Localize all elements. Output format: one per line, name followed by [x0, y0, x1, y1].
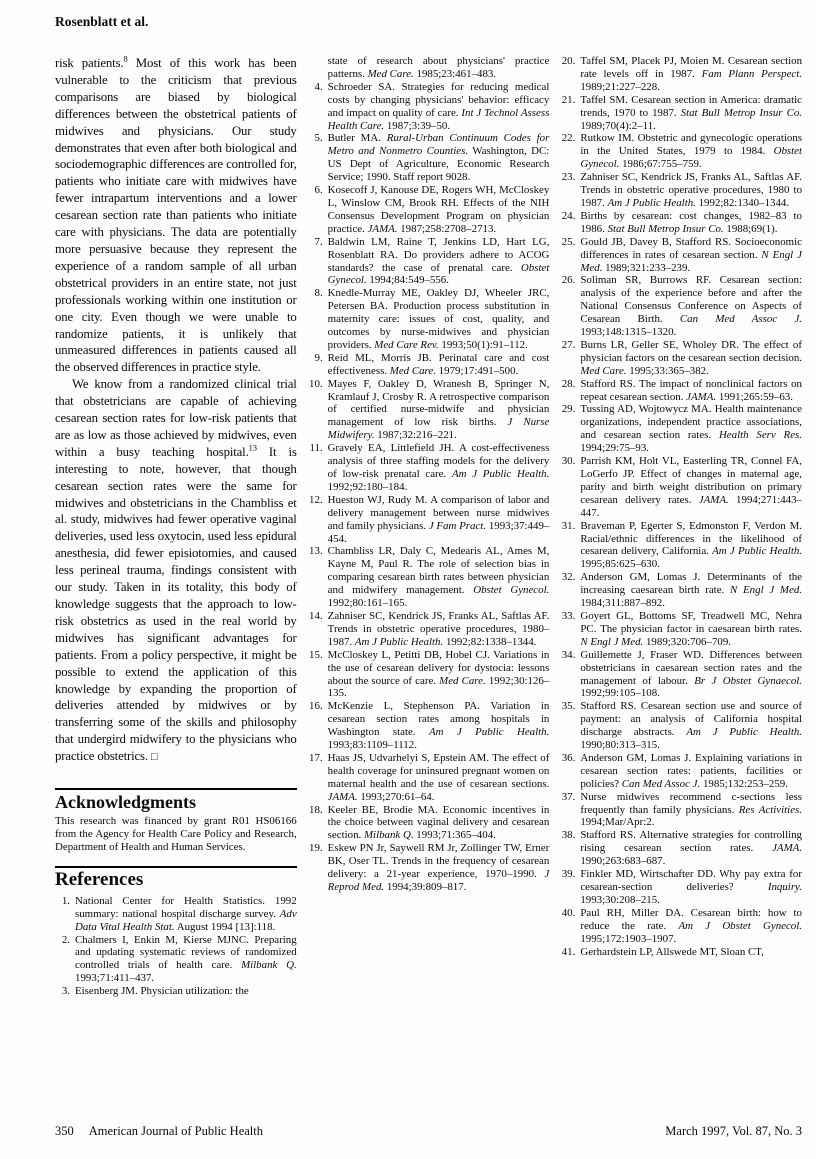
reference-item: 31.Braveman P, Egerter S, Edmonston F, V… — [560, 520, 802, 572]
reference-item: 12.Hueston WJ, Rudy M. A comparison of l… — [308, 494, 550, 546]
reference-number: 13. — [308, 545, 323, 558]
reference-text: Tussing AD, Wojtowycz MA. Health mainten… — [580, 403, 802, 454]
reference-number: 33. — [560, 610, 575, 623]
reference-item: 8.Knedle-Murray ME, Oakley DJ, Wheeler J… — [308, 287, 550, 352]
reference-number: 10. — [308, 378, 323, 391]
reference-item: 25.Gould JB, Davey B, Stafford RS. Socio… — [560, 236, 802, 275]
reference-number: 19. — [308, 842, 323, 855]
reference-item: 38.Stafford RS. Alternative strategies f… — [560, 829, 802, 868]
reference-text: Gould JB, Davey B, Stafford RS. Socioeco… — [580, 236, 802, 274]
page-number: 350 — [55, 1124, 74, 1138]
reference-number: 18. — [308, 804, 323, 817]
reference-item: 4.Schroeder SA. Strategies for reducing … — [308, 81, 550, 133]
reference-number: 37. — [560, 791, 575, 804]
reference-item: 17.Haas JS, Udvarhelyi S, Epstein AM. Th… — [308, 752, 550, 804]
reference-text: Kosecoff J, Kanouse DE, Rogers WH, McClo… — [328, 184, 550, 235]
reference-number: 27. — [560, 339, 575, 352]
reference-number: 9. — [308, 352, 323, 365]
reference-number: 32. — [560, 571, 575, 584]
reference-item: 14.Zahniser SC, Kendrick JS, Franks AL, … — [308, 610, 550, 649]
reference-text: Hueston WJ, Rudy M. A comparison of labo… — [328, 494, 550, 545]
reference-item: 11.Gravely EA, Littlefield JH. A cost-ef… — [308, 442, 550, 494]
reference-number: 38. — [560, 829, 575, 842]
reference-number: 6. — [308, 184, 323, 197]
issue-info: March 1997, Vol. 87, No. 3 — [665, 1124, 802, 1139]
reference-item: 13.Chambliss LR, Daly C, Medearis AL, Am… — [308, 545, 550, 610]
reference-item: 10.Mayes F, Oakley D, Wranesh B, Springe… — [308, 378, 550, 443]
journal-name: American Journal of Public Health — [89, 1124, 263, 1138]
reference-item: 15.McCloskey L, Petitti DB, Hobel CJ. Va… — [308, 649, 550, 701]
reference-number: 11. — [308, 442, 323, 455]
reference-list-column-1: 1.National Center for Health Statistics.… — [55, 895, 297, 998]
reference-number: 12. — [308, 494, 323, 507]
article-paragraph: risk patients.8 Most of this work has be… — [55, 55, 297, 376]
reference-number: 7. — [308, 236, 323, 249]
reference-item: 22.Rutkow IM. Obstetric and gynecologic … — [560, 132, 802, 171]
reference-item: 6.Kosecoff J, Kanouse DE, Rogers WH, McC… — [308, 184, 550, 236]
reference-text: Goyert GL, Bottoms SF, Treadwell MC, Neh… — [580, 610, 802, 648]
reference-number: 21. — [560, 94, 575, 107]
reference-text: Anderson GM, Lomas J. Determinants of th… — [580, 571, 802, 609]
reference-item: 18.Keeler BE, Brodie MA. Economic incent… — [308, 804, 550, 843]
reference-number: 35. — [560, 700, 575, 713]
reference-text: Butler MA. Rural-Urban Continuum Codes f… — [328, 132, 550, 183]
reference-text: Guillemette J, Fraser WD. Differences be… — [580, 649, 802, 700]
reference-text: Haas JS, Udvarhelyi S, Epstein AM. The e… — [328, 752, 550, 803]
reference-item: 23.Zahniser SC, Kendrick JS, Franks AL, … — [560, 171, 802, 210]
reference-number: 23. — [560, 171, 575, 184]
reference-item: 1.National Center for Health Statistics.… — [55, 895, 297, 934]
footer-left: 350American Journal of Public Health — [55, 1124, 263, 1139]
reference-text: Gerhardstein LP, Allswede MT, Sloan CT, — [580, 946, 764, 958]
reference-number: 25. — [560, 236, 575, 249]
reference-item: 7.Baldwin LM, Raine T, Jenkins LD, Hart … — [308, 236, 550, 288]
reference-text: Soliman SR, Burrows RF. Cesarean section… — [580, 274, 802, 338]
reference-text: Mayes F, Oakley D, Wranesh B, Springer N… — [328, 378, 550, 442]
column-1: risk patients.8 Most of this work has be… — [55, 55, 297, 1117]
reference-number: 20. — [560, 55, 575, 68]
reference-text: Gravely EA, Littlefield JH. A cost-effec… — [328, 442, 550, 493]
reference-text: Braveman P, Egerter S, Edmonston F, Verd… — [580, 520, 802, 571]
reference-text: Reid ML, Morris JB. Perinatal care and c… — [328, 352, 550, 377]
reference-item: 20.Taffel SM, Placek PJ, Moien M. Cesare… — [560, 55, 802, 94]
reference-item: 2.Chalmers I, Enkin M, Kierse MJNC. Prep… — [55, 934, 297, 986]
reference-list-column-3: 20.Taffel SM, Placek PJ, Moien M. Cesare… — [560, 55, 802, 958]
section-divider — [55, 866, 297, 868]
reference-item: 19.Eskew PN Jr, Saywell RM Jr, Zollinger… — [308, 842, 550, 894]
reference-item: 40.Paul RH, Miller DA. Cesarean birth: h… — [560, 907, 802, 946]
reference-number: 28. — [560, 378, 575, 391]
journal-page: Rosenblatt et al. risk patients.8 Most o… — [0, 0, 816, 1159]
reference-text: Zahniser SC, Kendrick JS, Franks AL, Saf… — [328, 610, 550, 648]
reference-text: Parrish KM, Holt VL, Easterling TR, Conn… — [580, 455, 802, 519]
reference-number: 2. — [55, 934, 70, 947]
reference-number: 30. — [560, 455, 575, 468]
reference-text: Zahniser SC, Kendrick JS, Franks AL, Saf… — [580, 171, 802, 209]
reference-text: McCloskey L, Petitti DB, Hobel CJ. Varia… — [328, 649, 550, 700]
reference-text: Burns LR, Geller SE, Wholey DR. The effe… — [580, 339, 802, 377]
reference-text: Nurse midwives recommend c-sections less… — [580, 791, 802, 829]
column-3: 20.Taffel SM, Placek PJ, Moien M. Cesare… — [560, 55, 802, 1117]
reference-text: Chambliss LR, Daly C, Medearis AL, Ames … — [328, 545, 550, 609]
reference-text: Chalmers I, Enkin M, Kierse MJNC. Prepar… — [75, 934, 297, 985]
reference-number: 36. — [560, 752, 575, 765]
article-paragraph: We know from a randomized clinical trial… — [55, 376, 297, 766]
reference-text: Taffel SM, Placek PJ, Moien M. Cesarean … — [580, 55, 802, 93]
reference-item: 5.Butler MA. Rural-Urban Continuum Codes… — [308, 132, 550, 184]
reference-number: 15. — [308, 649, 323, 662]
reference-item: 34.Guillemette J, Fraser WD. Differences… — [560, 649, 802, 701]
reference-item: 41.Gerhardstein LP, Allswede MT, Sloan C… — [560, 946, 802, 959]
reference-text: McKenzie L, Stephenson PA. Variation in … — [328, 700, 550, 751]
reference-item: 35.Stafford RS. Cesarean section use and… — [560, 700, 802, 752]
reference-text: National Center for Health Statistics. 1… — [75, 895, 297, 933]
reference-text: Stafford RS. Cesarean section use and so… — [580, 700, 802, 751]
page-footer: 350American Journal of Public Health Mar… — [55, 1124, 802, 1139]
reference-continuation: state of research about physicians' prac… — [308, 55, 550, 81]
reference-number: 16. — [308, 700, 323, 713]
reference-item: 28.Stafford RS. The impact of nonclinica… — [560, 378, 802, 404]
reference-text: Births by cesarean: cost changes, 1982–8… — [580, 210, 802, 235]
references-heading: References — [55, 869, 297, 891]
acknowledgments-text: This research was financed by grant R01 … — [55, 815, 297, 854]
reference-number: 3. — [55, 985, 70, 998]
reference-item: 30.Parrish KM, Holt VL, Easterling TR, C… — [560, 455, 802, 520]
reference-number: 5. — [308, 132, 323, 145]
reference-text: Taffel SM. Cesarean section in America: … — [580, 94, 802, 132]
reference-item: 16.McKenzie L, Stephenson PA. Variation … — [308, 700, 550, 752]
reference-number: 1. — [55, 895, 70, 908]
reference-text: Stafford RS. The impact of nonclinical f… — [580, 378, 802, 403]
reference-number: 24. — [560, 210, 575, 223]
reference-item: 33.Goyert GL, Bottoms SF, Treadwell MC, … — [560, 610, 802, 649]
reference-text: Baldwin LM, Raine T, Jenkins LD, Hart LG… — [328, 236, 550, 287]
reference-text: Knedle-Murray ME, Oakley DJ, Wheeler JRC… — [328, 287, 550, 351]
reference-item: 21.Taffel SM. Cesarean section in Americ… — [560, 94, 802, 133]
reference-text: Paul RH, Miller DA. Cesarean birth: how … — [580, 907, 802, 945]
section-divider — [55, 788, 297, 790]
reference-item: 39.Finkler MD, Wirtschafter DD. Why pay … — [560, 868, 802, 907]
reference-item: 27.Burns LR, Geller SE, Wholey DR. The e… — [560, 339, 802, 378]
reference-item: 3.Eisenberg JM. Physician utilization: t… — [55, 985, 297, 998]
reference-text: Eskew PN Jr, Saywell RM Jr, Zollinger TW… — [328, 842, 550, 893]
reference-item: 32.Anderson GM, Lomas J. Determinants of… — [560, 571, 802, 610]
reference-number: 34. — [560, 649, 575, 662]
reference-number: 14. — [308, 610, 323, 623]
reference-number: 31. — [560, 520, 575, 533]
reference-item: 26.Soliman SR, Burrows RF. Cesarean sect… — [560, 274, 802, 339]
citation-superscript: 13 — [249, 443, 257, 453]
reference-text: Anderson GM, Lomas J. Explaining variati… — [580, 752, 802, 790]
reference-number: 39. — [560, 868, 575, 881]
reference-text: Rutkow IM. Obstetric and gynecologic ope… — [580, 132, 802, 170]
reference-item: 29.Tussing AD, Wojtowycz MA. Health main… — [560, 403, 802, 455]
reference-number: 8. — [308, 287, 323, 300]
reference-number: 22. — [560, 132, 575, 145]
reference-text: Keeler BE, Brodie MA. Economic incentive… — [328, 804, 550, 842]
reference-item: 9.Reid ML, Morris JB. Perinatal care and… — [308, 352, 550, 378]
reference-text: Stafford RS. Alternative strategies for … — [580, 829, 802, 867]
reference-list-column-2: 4.Schroeder SA. Strategies for reducing … — [308, 81, 550, 894]
reference-text: Finkler MD, Wirtschafter DD. Why pay ext… — [580, 868, 802, 906]
reference-number: 40. — [560, 907, 575, 920]
reference-number: 41. — [560, 946, 575, 959]
column-2: state of research about physicians' prac… — [308, 55, 550, 1117]
acknowledgments-heading: Acknowledgments — [55, 792, 297, 813]
end-of-article-icon: □ — [151, 751, 158, 763]
reference-number: 29. — [560, 403, 575, 416]
reference-text: Eisenberg JM. Physician utilization: the — [75, 985, 249, 997]
running-head: Rosenblatt et al. — [55, 14, 148, 30]
reference-item: 24.Births by cesarean: cost changes, 198… — [560, 210, 802, 236]
reference-text: Schroeder SA. Strategies for reducing me… — [328, 81, 550, 132]
reference-item: 36.Anderson GM, Lomas J. Explaining vari… — [560, 752, 802, 791]
reference-number: 17. — [308, 752, 323, 765]
text-columns: risk patients.8 Most of this work has be… — [55, 55, 802, 1117]
reference-item: 37.Nurse midwives recommend c-sections l… — [560, 791, 802, 830]
reference-number: 26. — [560, 274, 575, 287]
reference-number: 4. — [308, 81, 323, 94]
